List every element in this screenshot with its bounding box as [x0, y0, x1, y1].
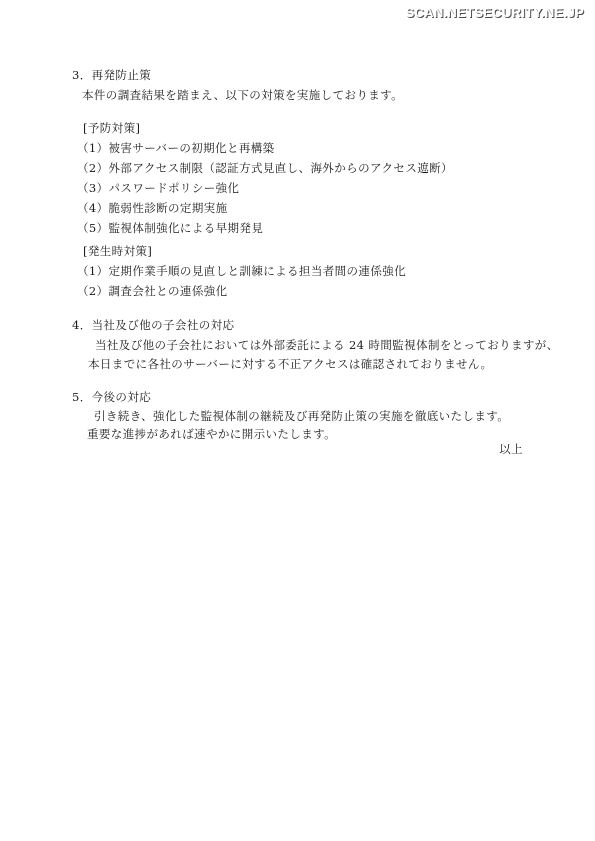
- prevention-item: （1）被害サーバーの初期化と再構築: [77, 141, 275, 155]
- prevention-label: [予防対策]: [83, 121, 140, 135]
- prevention-item: （4）脆弱性診断の定期実施: [77, 201, 228, 215]
- section5-body-line: 重要な進捗があれば速やかに開示いたします。: [87, 427, 336, 441]
- section5-heading: 5．今後の対応: [72, 390, 151, 404]
- incident-item: （1）定期作業手順の見直しと訓練による担当者間の連係強化: [77, 264, 406, 278]
- section4-body-line: 当社及び他の子会社においては外部委託による 24 時間監視体制をとっておりますが…: [95, 338, 559, 352]
- section4-body-line: 本日までに各社のサーバーに対する不正アクセスは確認されておりません。: [88, 357, 492, 371]
- section3-heading: 3．再発防止策: [72, 68, 151, 82]
- section3-intro: 本件の調査結果を踏まえ、以下の対策を実施しております。: [82, 88, 403, 102]
- document-page: SCAN.NETSECURITY.NE.JP 3．再発防止策 本件の調査結果を踏…: [0, 0, 595, 841]
- prevention-item: （2）外部アクセス制限（認証方式見直し、海外からのアクセス遮断）: [77, 161, 453, 175]
- section4-heading: 4．当社及び他の子会社の対応: [72, 318, 234, 332]
- prevention-item: （5）監視体制強化による早期発見: [77, 221, 263, 235]
- incident-label: [発生時対策]: [83, 244, 152, 258]
- incident-item: （2）調査会社との連係強化: [77, 284, 228, 298]
- closing-text: 以上: [499, 442, 523, 456]
- section5-body-line: 引き続き、強化した監視体制の継続及び再発防止策の実施を徹底いたします。: [94, 409, 509, 423]
- prevention-item: （3）パスワードポリシー強化: [77, 181, 239, 195]
- watermark: SCAN.NETSECURITY.NE.JP: [405, 5, 584, 20]
